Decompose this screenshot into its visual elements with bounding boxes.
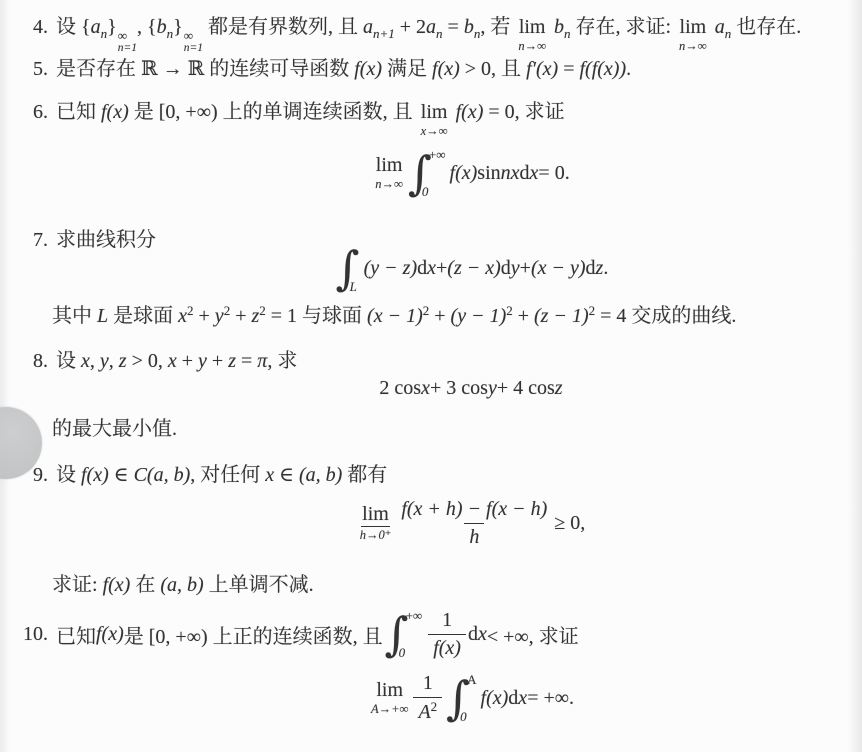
problem-9-number: 9. — [16, 462, 48, 488]
problem-10-text: 已知 f(x) 是 [0, +∞) 上正的连续函数, 且 ∫+∞01f(x)dx… — [56, 609, 579, 660]
problem-9-line: 9.设 f(x) ∈ C(a, b), 对任何 x ∈ (a, b) 都有 — [16, 462, 852, 488]
problem-10-display-formula: limA→+∞ 1A2 ∫A0f(x)dx = +∞. — [0, 672, 862, 724]
problem-10-line: 10.已知 f(x) 是 [0, +∞) 上正的连续函数, 且 ∫+∞01f(x… — [16, 608, 852, 660]
problem-6-display-formula: limn→∞ ∫+∞0f(x) sin nxdx = 0. — [0, 148, 862, 198]
scanned-document-page: 4.设 {an}∞n=1, {bn}∞n=1 都是有界数列, 且 an+1 + … — [0, 0, 862, 752]
problem-9-continuation: 求证: f(x) 在 (a, b) 上单调不减. — [52, 572, 852, 598]
problem-4-text: 设 {an}∞n=1, {bn}∞n=1 都是有界数列, 且 an+1 + 2a… — [56, 16, 801, 38]
problem-5-text: 是否存在 ℝ → ℝ 的连续可导函数 f(x) 满足 f(x) > 0, 且 f… — [56, 58, 631, 80]
problem-4-number: 4. — [16, 14, 48, 40]
problem-6-text: 已知 f(x) 是 [0, +∞) 上的单调连续函数, 且 limx→∞ f(x… — [56, 101, 565, 123]
problem-7-display-formula: ∫L(y − z)dx + (z − x)dy + (x − y)dz. — [0, 243, 862, 293]
problem-10-number: 10. — [16, 623, 48, 646]
problem-4-line: 4.设 {an}∞n=1, {bn}∞n=1 都是有界数列, 且 an+1 + … — [16, 14, 852, 55]
problem-8-line: 8.设 x, y, z > 0, x + y + z = π, 求 — [16, 348, 852, 374]
problem-8-continuation: 的最大最小值. — [52, 416, 852, 442]
page-edge-shadow-left — [0, 0, 10, 752]
problem-8-text: 设 x, y, z > 0, x + y + z = π, 求 — [56, 350, 297, 372]
problem-8-number: 8. — [16, 348, 48, 374]
problem-9-display-formula: limh→0⁺ f(x + h) − f(x − h)h ≥ 0, — [0, 498, 862, 549]
problem-5-line: 5.是否存在 ℝ → ℝ 的连续可导函数 f(x) 满足 f(x) > 0, 且… — [16, 56, 852, 82]
problem-9-text: 设 f(x) ∈ C(a, b), 对任何 x ∈ (a, b) 都有 — [56, 464, 387, 486]
problem-6-line: 6.已知 f(x) 是 [0, +∞) 上的单调连续函数, 且 limx→∞ f… — [16, 99, 852, 138]
problem-7-continuation: 其中 L 是球面 x2 + y2 + z2 = 1 与球面 (x − 1)2 +… — [52, 303, 852, 329]
problem-8-display-formula: 2 cos x + 3 cos y + 4 cos z — [0, 377, 862, 400]
problem-6-number: 6. — [16, 99, 48, 125]
problem-5-number: 5. — [16, 56, 48, 82]
